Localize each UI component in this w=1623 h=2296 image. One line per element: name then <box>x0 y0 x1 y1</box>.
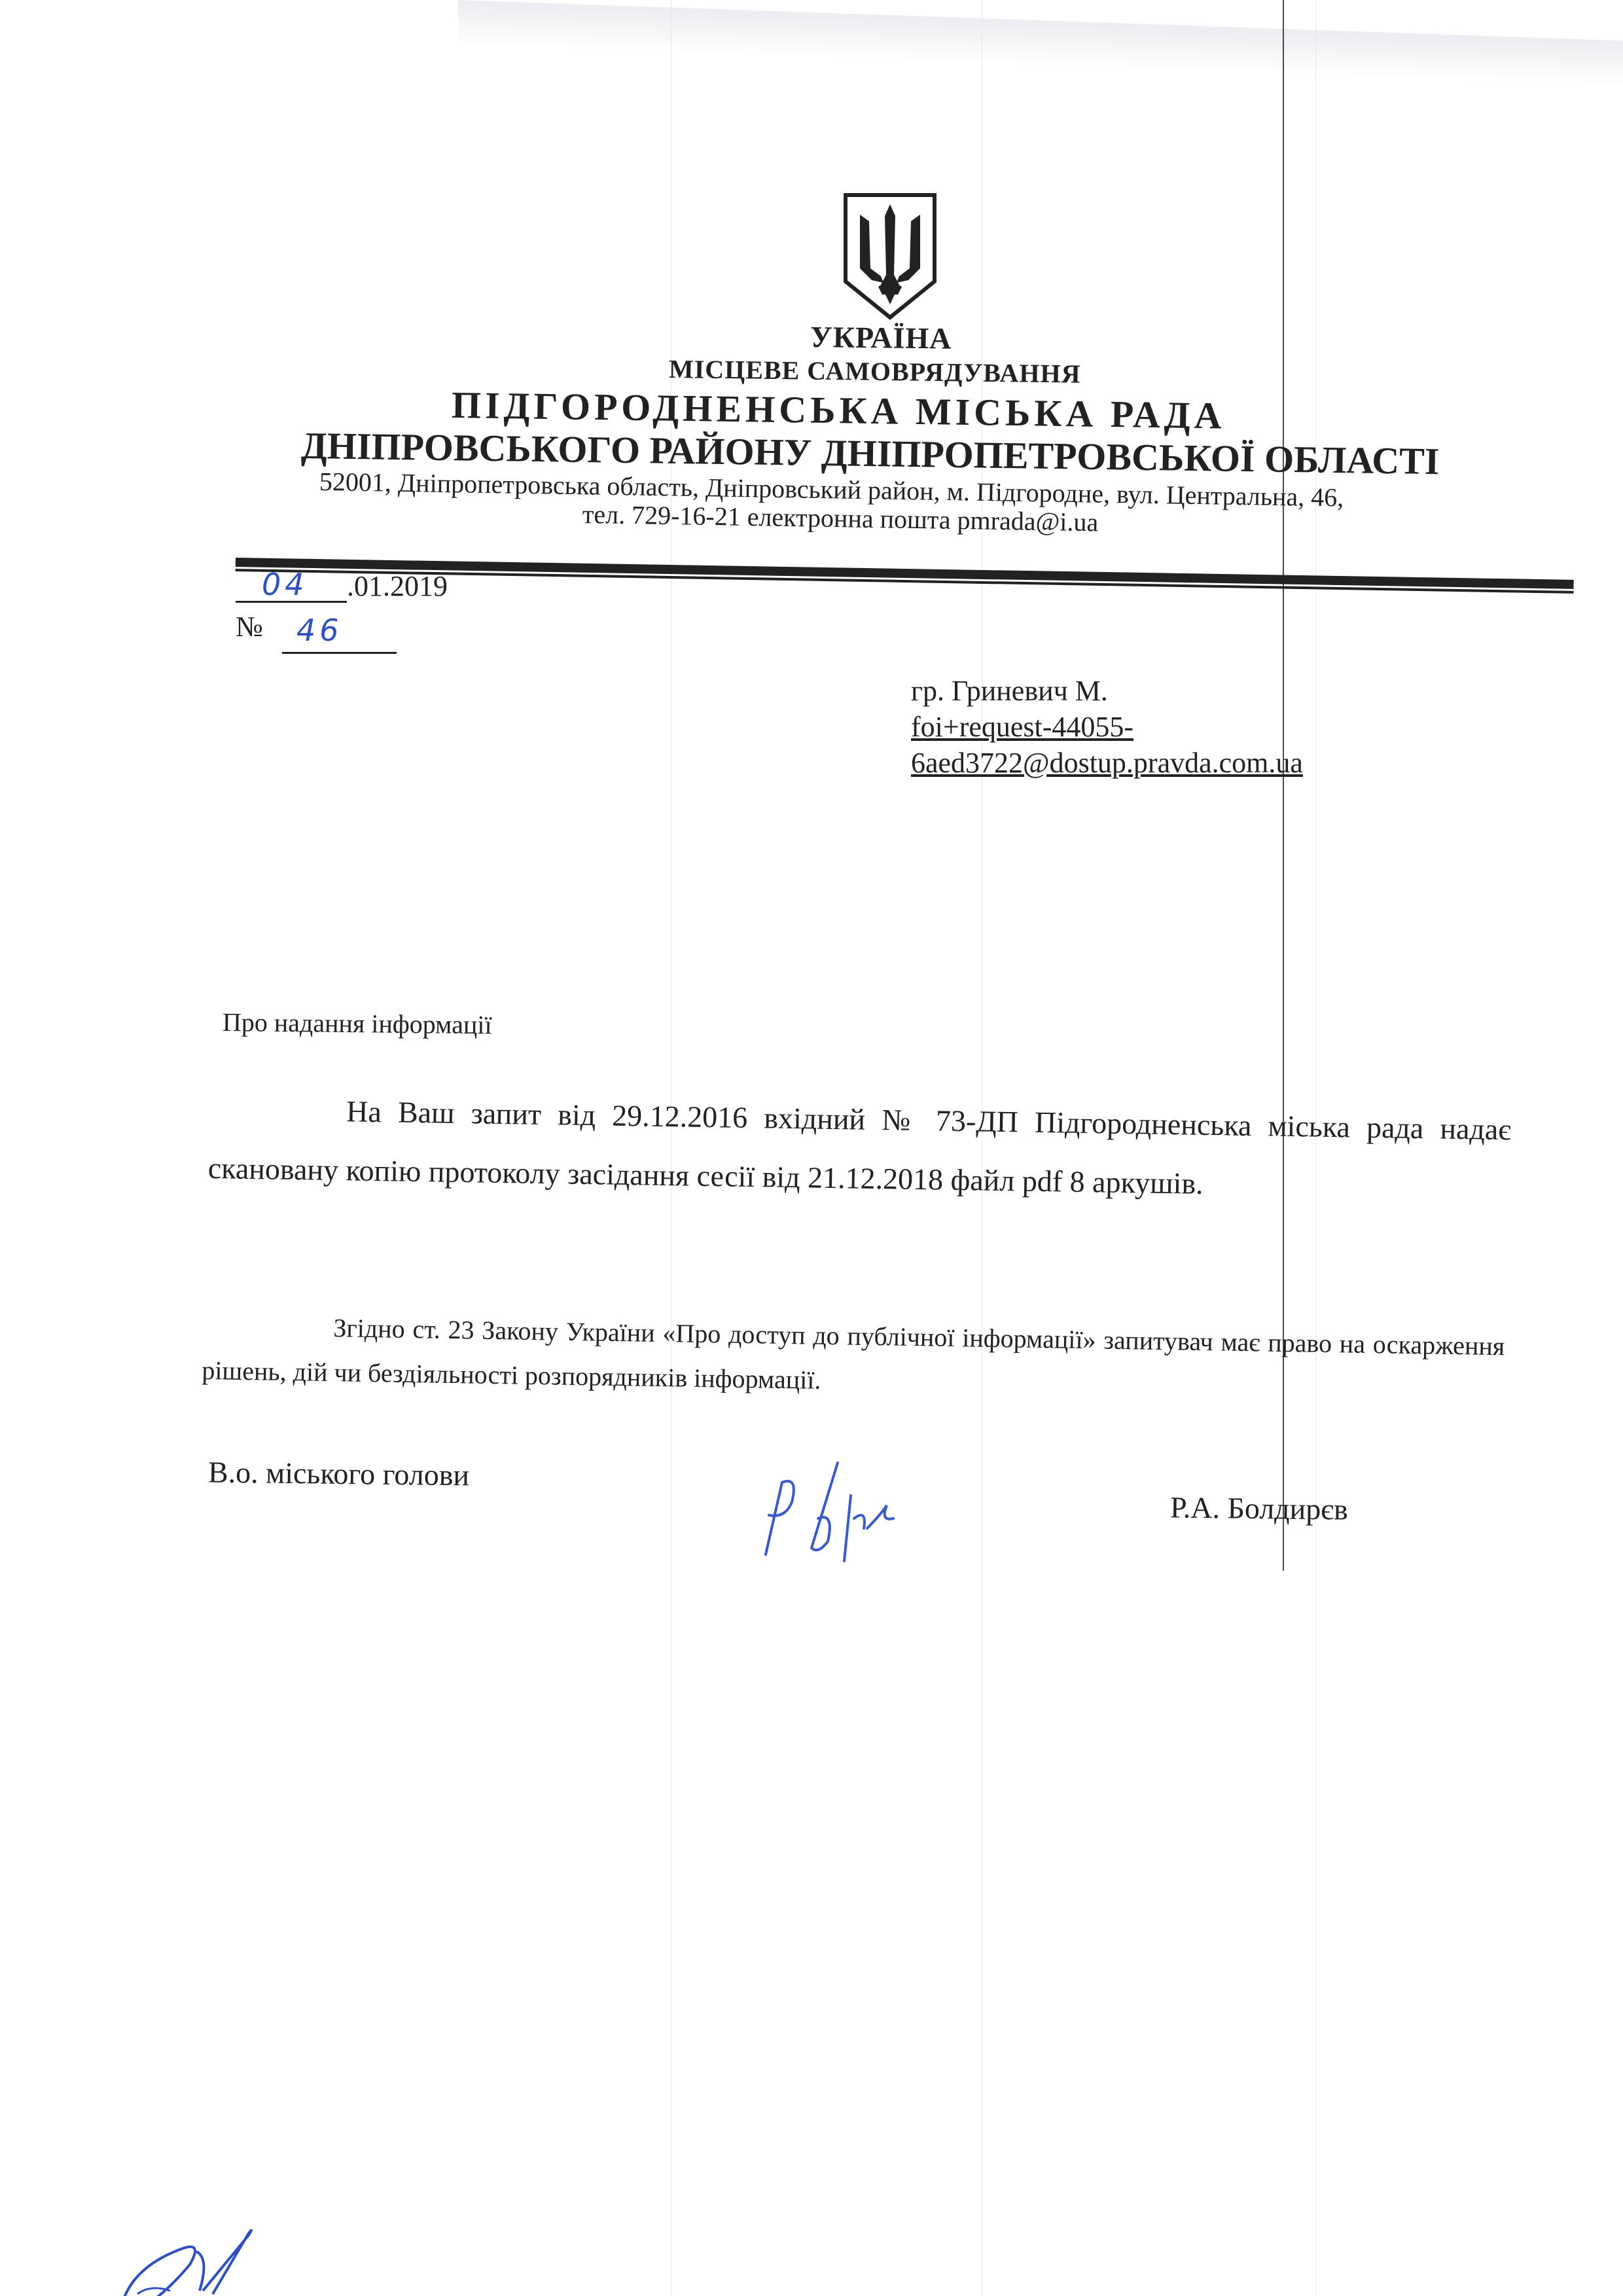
trident-coat-of-arms-icon <box>838 190 942 321</box>
handwritten-day: 04 <box>262 567 308 602</box>
recipient-email-line2[interactable]: 6aed3722@dostup.pravda.com.ua <box>911 745 1303 781</box>
body-paragraph-2-text: Згідно ст. 23 Закону України «Про доступ… <box>202 1313 1505 1395</box>
recipient-block: гр. Гриневич М. foi+request-44055- 6aed3… <box>911 673 1303 781</box>
recipient-email-line1[interactable]: foi+request-44055- <box>911 709 1303 745</box>
signer-name: Р.А. Болдирєв <box>1170 1490 1348 1526</box>
handwritten-number: 46 <box>296 613 343 648</box>
number-field: 46 <box>282 617 397 654</box>
body-paragraph-1-text: На Ваш запит від 29.12.2016 вхідний № 73… <box>207 1094 1511 1200</box>
handwritten-initials-icon <box>98 2186 294 2296</box>
letterhead-self-government: МІСЦЕВЕ САМОВРЯДУВАННЯ <box>669 353 1081 389</box>
date-month-year: .01.2019 <box>347 570 448 602</box>
date-day-field: 04 <box>236 572 347 603</box>
letter-subject: Про надання інформації <box>223 1007 492 1040</box>
outgoing-date: 04 .01.2019 <box>236 569 448 606</box>
body-paragraph-1: На Ваш запит від 29.12.2016 вхідний № 73… <box>207 1080 1512 1218</box>
letterhead-country: УКРАЇНА <box>810 319 952 356</box>
recipient-name: гр. Гриневич М. <box>911 673 1303 709</box>
scan-shadow <box>458 0 1623 86</box>
body-paragraph-2: Згідно ст. 23 Закону України «Про доступ… <box>202 1304 1505 1413</box>
signer-title: В.о. міського голови <box>208 1455 470 1493</box>
number-label: № <box>236 610 263 643</box>
outgoing-number: № 46 <box>236 606 448 645</box>
registration-block: 04 .01.2019 № 46 <box>236 569 448 645</box>
scanned-letter-page: УКРАЇНА МІСЦЕВЕ САМОВРЯДУВАННЯ ПІДГОРОДН… <box>0 0 1623 2296</box>
handwritten-signature-icon <box>746 1456 969 1574</box>
